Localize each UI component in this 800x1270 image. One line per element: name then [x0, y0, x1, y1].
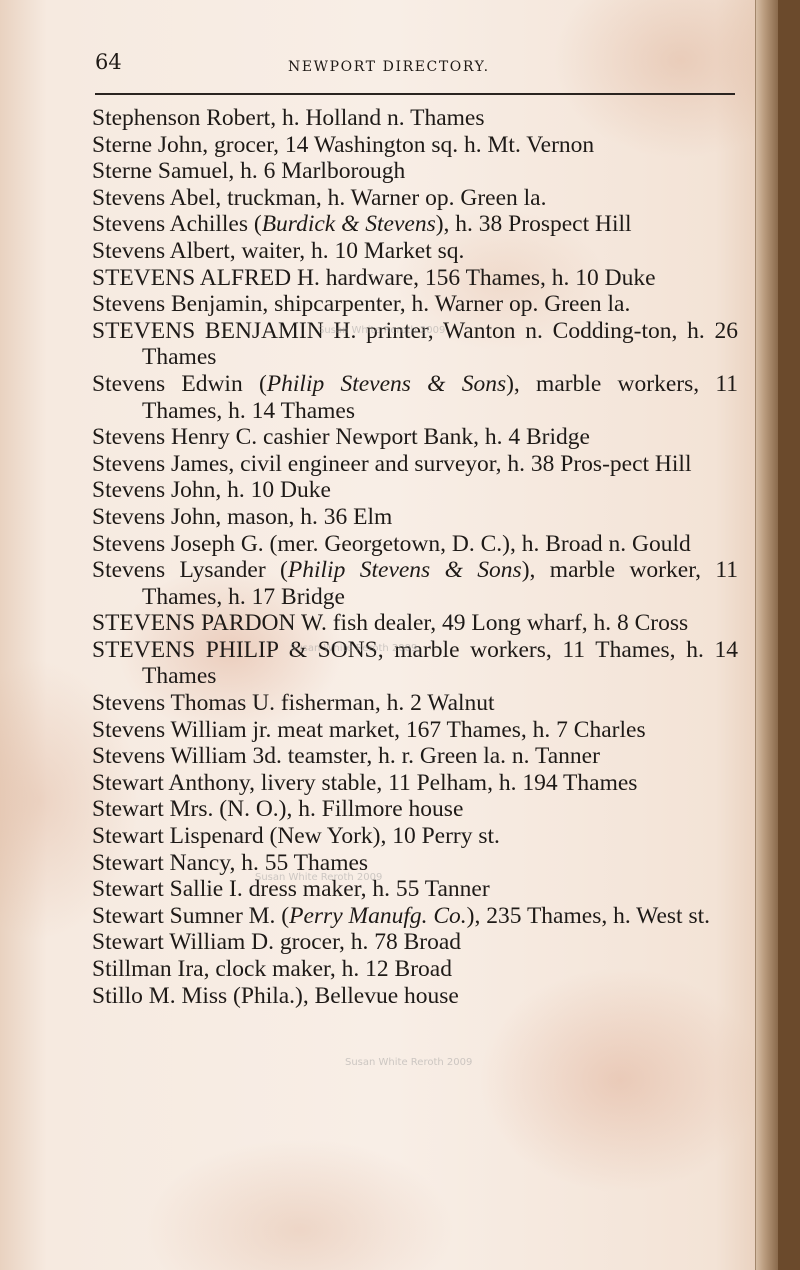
directory-entries: Stephenson Robert, h. Holland n. ThamesS… [92, 105, 738, 1009]
directory-entry: Stillo M. Miss (Phila.), Bellevue house [92, 983, 738, 1010]
entry-text: ), 235 Thames, h. West st. [467, 903, 710, 929]
directory-entry: Stevens Lysander (Philip Stevens & Sons)… [92, 557, 738, 610]
entry-text: Stevens William jr. meat market, 167 Tha… [92, 717, 646, 743]
directory-entry: Stevens Henry C. cashier Newport Bank, h… [92, 424, 738, 451]
watermark-text: Susan White Reroth 2009 [318, 325, 445, 336]
watermark-text: Susan White Reroth 2009 [345, 1057, 472, 1068]
directory-entry: Stewart Lispenard (New York), 10 Perry s… [92, 823, 738, 850]
directory-entry: Stevens Achilles (Burdick & Stevens), h.… [92, 211, 738, 238]
entry-text: Stewart Anthony, livery stable, 11 Pelha… [92, 770, 637, 796]
entry-text: Stewart Lispenard (New York), 10 Perry s… [92, 823, 500, 849]
directory-entry: Stevens John, h. 10 Duke [92, 477, 738, 504]
entry-text: Stevens William 3d. teamster, h. r. Gree… [92, 743, 600, 769]
entry-firm-name: Philip Stevens & Sons [288, 557, 522, 583]
directory-entry: Stevens Abel, truckman, h. Warner op. Gr… [92, 185, 738, 212]
directory-entry: Stephenson Robert, h. Holland n. Thames [92, 105, 738, 132]
directory-entry: Stewart Anthony, livery stable, 11 Pelha… [92, 770, 738, 797]
running-title: NEWPORT DIRECTORY. [288, 59, 490, 75]
entry-text: Stevens Joseph G. (mer. Georgetown, D. C… [92, 531, 691, 557]
entry-text: Stevens Abel, truckman, h. Warner op. Gr… [92, 185, 547, 211]
entry-firm-name: Burdick & Stevens [262, 211, 436, 237]
entry-text: Sterne Samuel, h. 6 Marlborough [92, 158, 405, 184]
directory-entry: Stewart Mrs. (N. O.), h. Fillmore house [92, 796, 738, 823]
directory-entry: Stevens Thomas U. fisherman, h. 2 Walnut [92, 690, 738, 717]
directory-entry: Stewart Sumner M. (Perry Manufg. Co.), 2… [92, 903, 738, 930]
entry-text: Sterne John, grocer, 14 Washington sq. h… [92, 132, 594, 158]
directory-entry: Stevens Edwin (Philip Stevens & Sons), m… [92, 371, 738, 424]
entry-text: STEVENS ALFRED H. hardware, 156 Thames, … [92, 265, 656, 291]
entry-text: Stevens Benjamin, shipcarpenter, h. Warn… [92, 291, 630, 317]
directory-entry: Stillman Ira, clock maker, h. 12 Broad [92, 956, 738, 983]
entry-text: Stephenson Robert, h. Holland n. Thames [92, 105, 485, 131]
book-spine [755, 0, 778, 1270]
directory-entry: STEVENS ALFRED H. hardware, 156 Thames, … [92, 265, 738, 292]
entry-text: Stevens Henry C. cashier Newport Bank, h… [92, 424, 590, 450]
entry-text: Stevens James, civil engineer and survey… [92, 451, 691, 477]
entry-text: Stevens Albert, waiter, h. 10 Market sq. [92, 238, 464, 264]
directory-entry: STEVENS PARDON W. fish dealer, 49 Long w… [92, 610, 738, 637]
entry-text: Stewart William D. grocer, h. 78 Broad [92, 929, 461, 955]
directory-entry: Stevens William jr. meat market, 167 Tha… [92, 717, 738, 744]
directory-page: 64 NEWPORT DIRECTORY. Stephenson Robert,… [0, 0, 778, 1270]
directory-entry: Stevens John, mason, h. 36 Elm [92, 504, 738, 531]
entry-text: Stevens Lysander ( [92, 557, 288, 583]
watermark-text: Susan White Reroth 2009 [290, 643, 417, 654]
entry-text: Stewart Mrs. (N. O.), h. Fillmore house [92, 796, 463, 822]
entry-text: Stevens Edwin ( [92, 371, 267, 397]
entry-text: Stewart Sumner M. ( [92, 903, 289, 929]
entry-firm-name: Perry Manufg. Co. [289, 903, 467, 929]
directory-entry: Stevens Joseph G. (mer. Georgetown, D. C… [92, 531, 738, 558]
entry-text: Stevens Thomas U. fisherman, h. 2 Walnut [92, 690, 495, 716]
entry-text: Stillman Ira, clock maker, h. 12 Broad [92, 956, 452, 982]
entry-text: Stevens John, mason, h. 36 Elm [92, 504, 392, 530]
directory-entry: Sterne Samuel, h. 6 Marlborough [92, 158, 738, 185]
page-header: 64 NEWPORT DIRECTORY. [95, 50, 735, 82]
directory-entry: Stevens Albert, waiter, h. 10 Market sq. [92, 238, 738, 265]
directory-entry: Stewart Sallie I. dress maker, h. 55 Tan… [92, 876, 738, 903]
watermark-text: Susan White Reroth 2009 [255, 872, 382, 883]
entry-text: Stillo M. Miss (Phila.), Bellevue house [92, 983, 459, 1009]
page-number: 64 [95, 50, 122, 74]
entry-text: STEVENS PARDON W. fish dealer, 49 Long w… [92, 610, 688, 636]
entry-text: Stevens Achilles ( [92, 211, 262, 237]
entry-text: Stevens John, h. 10 Duke [92, 477, 331, 503]
header-rule [95, 93, 735, 95]
entry-text: ), h. 38 Prospect Hill [436, 211, 632, 237]
directory-entry: Stevens William 3d. teamster, h. r. Gree… [92, 743, 738, 770]
directory-entry: Stewart Nancy, h. 55 Thames [92, 850, 738, 877]
directory-entry: Stevens Benjamin, shipcarpenter, h. Warn… [92, 291, 738, 318]
directory-entry: Stewart William D. grocer, h. 78 Broad [92, 929, 738, 956]
directory-entry: Sterne John, grocer, 14 Washington sq. h… [92, 132, 738, 159]
directory-entry: Stevens James, civil engineer and survey… [92, 451, 738, 478]
entry-firm-name: Philip Stevens & Sons [267, 371, 506, 397]
